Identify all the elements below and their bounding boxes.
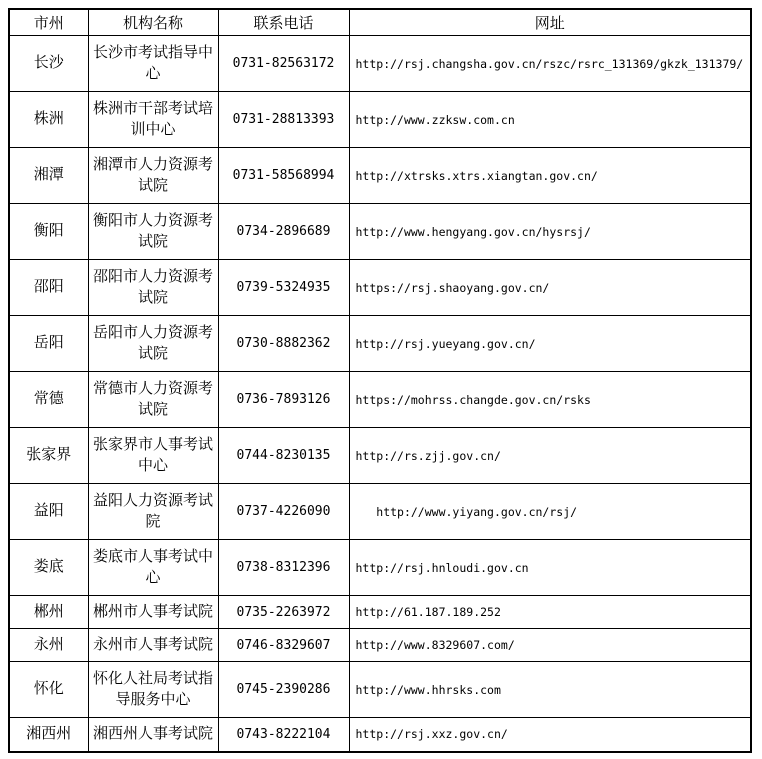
cell-url: http://rsj.yueyang.gov.cn/ [349,316,751,372]
cell-url: http://rs.zjj.gov.cn/ [349,428,751,484]
table-row: 岳阳 岳阳市人力资源考试院 0730-8882362 http://rsj.yu… [9,316,751,372]
cell-phone: 0736-7893126 [218,372,349,428]
cell-org: 长沙市考试指导中心 [88,36,218,92]
cell-city: 湘潭 [9,148,88,204]
table-row: 郴州 郴州市人事考试院 0735-2263972 http://61.187.1… [9,596,751,629]
cell-phone: 0745-2390286 [218,662,349,718]
cell-phone: 0743-8222104 [218,718,349,752]
header-org: 机构名称 [88,9,218,36]
cell-org: 湘西州人事考试院 [88,718,218,752]
cell-url: http://www.hhrsks.com [349,662,751,718]
cell-org: 娄底市人事考试中心 [88,540,218,596]
cell-url: http://rsj.changsha.gov.cn/rszc/rsrc_131… [349,36,751,92]
cell-url: http://www.hengyang.gov.cn/hysrsj/ [349,204,751,260]
table-header-row: 市州 机构名称 联系电话 网址 [9,9,751,36]
header-phone: 联系电话 [218,9,349,36]
cell-url: http://www.8329607.com/ [349,629,751,662]
table-row: 株洲 株洲市干部考试培训中心 0731-28813393 http://www.… [9,92,751,148]
cell-city: 湘西州 [9,718,88,752]
cell-city: 永州 [9,629,88,662]
cell-phone: 0746-8329607 [218,629,349,662]
cell-city: 衡阳 [9,204,88,260]
cell-org: 湘潭市人力资源考试院 [88,148,218,204]
exam-institution-contact-table: 市州 机构名称 联系电话 网址 长沙 长沙市考试指导中心 0731-825631… [8,8,752,753]
cell-url: http://www.zzksw.com.cn [349,92,751,148]
cell-city: 长沙 [9,36,88,92]
cell-phone: 0731-58568994 [218,148,349,204]
cell-url: http://www.yiyang.gov.cn/rsj/ [349,484,751,540]
cell-url: http://61.187.189.252 [349,596,751,629]
cell-org: 永州市人事考试院 [88,629,218,662]
cell-city: 益阳 [9,484,88,540]
cell-phone: 0735-2263972 [218,596,349,629]
table-row: 怀化 怀化人社局考试指导服务中心 0745-2390286 http://www… [9,662,751,718]
cell-phone: 0744-8230135 [218,428,349,484]
cell-city: 邵阳 [9,260,88,316]
cell-url: https://rsj.shaoyang.gov.cn/ [349,260,751,316]
cell-org: 岳阳市人力资源考试院 [88,316,218,372]
cell-phone: 0734-2896689 [218,204,349,260]
page: 市州 机构名称 联系电话 网址 长沙 长沙市考试指导中心 0731-825631… [0,0,762,759]
cell-org: 常德市人力资源考试院 [88,372,218,428]
cell-phone: 0730-8882362 [218,316,349,372]
header-url: 网址 [349,9,751,36]
cell-phone: 0738-8312396 [218,540,349,596]
cell-city: 张家界 [9,428,88,484]
table-row: 张家界 张家界市人事考试中心 0744-8230135 http://rs.zj… [9,428,751,484]
table-row: 娄底 娄底市人事考试中心 0738-8312396 http://rsj.hnl… [9,540,751,596]
cell-city: 怀化 [9,662,88,718]
cell-org: 怀化人社局考试指导服务中心 [88,662,218,718]
cell-city: 岳阳 [9,316,88,372]
table-row: 长沙 长沙市考试指导中心 0731-82563172 http://rsj.ch… [9,36,751,92]
cell-phone: 0739-5324935 [218,260,349,316]
cell-org: 株洲市干部考试培训中心 [88,92,218,148]
table-row: 常德 常德市人力资源考试院 0736-7893126 https://mohrs… [9,372,751,428]
cell-city: 娄底 [9,540,88,596]
cell-org: 张家界市人事考试中心 [88,428,218,484]
cell-city: 常德 [9,372,88,428]
cell-org: 益阳人力资源考试院 [88,484,218,540]
cell-phone: 0731-28813393 [218,92,349,148]
table-row: 益阳 益阳人力资源考试院 0737-4226090 http://www.yiy… [9,484,751,540]
cell-url: http://rsj.hnloudi.gov.cn [349,540,751,596]
cell-url: https://mohrss.changde.gov.cn/rsks [349,372,751,428]
cell-url: http://xtrsks.xtrs.xiangtan.gov.cn/ [349,148,751,204]
table-row: 邵阳 邵阳市人力资源考试院 0739-5324935 https://rsj.s… [9,260,751,316]
header-city: 市州 [9,9,88,36]
table-row: 湘西州 湘西州人事考试院 0743-8222104 http://rsj.xxz… [9,718,751,752]
table-row: 衡阳 衡阳市人力资源考试院 0734-2896689 http://www.he… [9,204,751,260]
cell-org: 邵阳市人力资源考试院 [88,260,218,316]
cell-phone: 0731-82563172 [218,36,349,92]
cell-url: http://rsj.xxz.gov.cn/ [349,718,751,752]
table-row: 湘潭 湘潭市人力资源考试院 0731-58568994 http://xtrsk… [9,148,751,204]
cell-city: 郴州 [9,596,88,629]
table-row: 永州 永州市人事考试院 0746-8329607 http://www.8329… [9,629,751,662]
cell-phone: 0737-4226090 [218,484,349,540]
cell-city: 株洲 [9,92,88,148]
table-body: 长沙 长沙市考试指导中心 0731-82563172 http://rsj.ch… [9,36,751,752]
cell-org: 郴州市人事考试院 [88,596,218,629]
cell-org: 衡阳市人力资源考试院 [88,204,218,260]
